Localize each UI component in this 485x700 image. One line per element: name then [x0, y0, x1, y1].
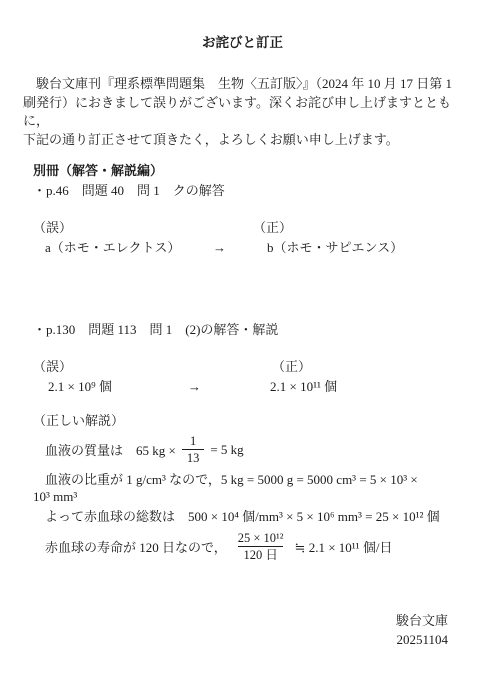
- correction-block: （誤） （正） 2.1 × 10⁹ 個 → 2.1 × 10¹¹ 個: [0, 358, 485, 396]
- explanation-line-total: よって赤血球の総数は 500 × 10⁴ 個/mm³ × 5 × 10⁶ mm³…: [33, 508, 485, 525]
- errata-document-page: お詫びと訂正 駿台文庫刊『理系標準問題集 生物〈五訂版〉』（2024 年 10 …: [0, 0, 485, 700]
- correction-label-row: （誤） （正）: [0, 219, 485, 237]
- correction-label-row: （誤） （正）: [0, 358, 485, 376]
- math-text: 赤血球の寿命が 120 日なので，: [45, 537, 227, 556]
- fraction: 25 × 10¹² 120 日: [233, 531, 289, 562]
- fraction-denominator: 13: [182, 449, 205, 465]
- fraction-numerator: 1: [185, 434, 201, 449]
- intro-line: 刷発行）におきまして誤りがございます。深くお詫び申し上げますとともに，: [23, 94, 465, 131]
- explanation-line-density-cont: 10³ mm³: [33, 488, 485, 505]
- wrong-value: a（ホモ・エレクトス）: [45, 239, 180, 257]
- date-code: 20251104: [396, 630, 448, 649]
- fraction: 1 13: [182, 434, 205, 465]
- explanation-line-density: 血液の比重が 1 g/cm³ なので，5 kg = 5000 g = 5000 …: [33, 471, 485, 488]
- correction-value-row: a（ホモ・エレクトス） → b（ホモ・サピエンス）: [0, 239, 485, 257]
- doc-footer: 駿台文庫 20251104: [396, 611, 448, 649]
- correction-block: （誤） （正） a（ホモ・エレクトス） → b（ホモ・サピエンス）: [0, 219, 485, 257]
- publisher-name: 駿台文庫: [396, 611, 448, 630]
- correction-location: ・p.46 問題 40 問 1 クの解答: [33, 182, 485, 200]
- correct-value: 2.1 × 10¹¹ 個: [270, 378, 337, 396]
- intro-line: 駿台文庫刊『理系標準問題集 生物〈五訂版〉』（2024 年 10 月 17 日第…: [23, 75, 465, 94]
- explanation-heading: （正しい解説）: [33, 412, 485, 430]
- correct-label: （正）: [253, 219, 292, 237]
- intro-line: 下記の通り訂正させて頂きたく，よろしくお願い申し上げます。: [23, 131, 465, 150]
- arrow-right-icon: →: [188, 378, 201, 396]
- section-heading: 別冊（解答・解説編）: [33, 160, 485, 179]
- correction-location: ・p.130 問題 113 問 1 (2)の解答・解説: [33, 321, 485, 339]
- wrong-label: （誤）: [33, 358, 72, 376]
- math-text: = 5 kg: [210, 442, 243, 458]
- fraction-denominator: 120 日: [238, 546, 282, 562]
- wrong-value: 2.1 × 10⁹ 個: [48, 378, 112, 396]
- doc-title: お詫びと訂正: [0, 0, 485, 51]
- explanation-line-mass: 血液の質量は 65 kg × 1 13 = 5 kg: [45, 434, 485, 465]
- intro-paragraph: 駿台文庫刊『理系標準問題集 生物〈五訂版〉』（2024 年 10 月 17 日第…: [23, 75, 465, 149]
- correct-value: b（ホモ・サピエンス）: [267, 239, 403, 257]
- math-text: ≒ 2.1 × 10¹¹ 個/日: [295, 537, 393, 556]
- math-text: 血液の質量は 65 kg ×: [45, 440, 176, 459]
- fraction-numerator: 25 × 10¹²: [233, 531, 289, 546]
- correction-value-row: 2.1 × 10⁹ 個 → 2.1 × 10¹¹ 個: [0, 378, 485, 396]
- explanation-line-lifespan: 赤血球の寿命が 120 日なので， 25 × 10¹² 120 日 ≒ 2.1 …: [45, 531, 485, 562]
- arrow-right-icon: →: [213, 239, 226, 257]
- wrong-label: （誤）: [33, 219, 72, 237]
- correct-label: （正）: [272, 358, 311, 376]
